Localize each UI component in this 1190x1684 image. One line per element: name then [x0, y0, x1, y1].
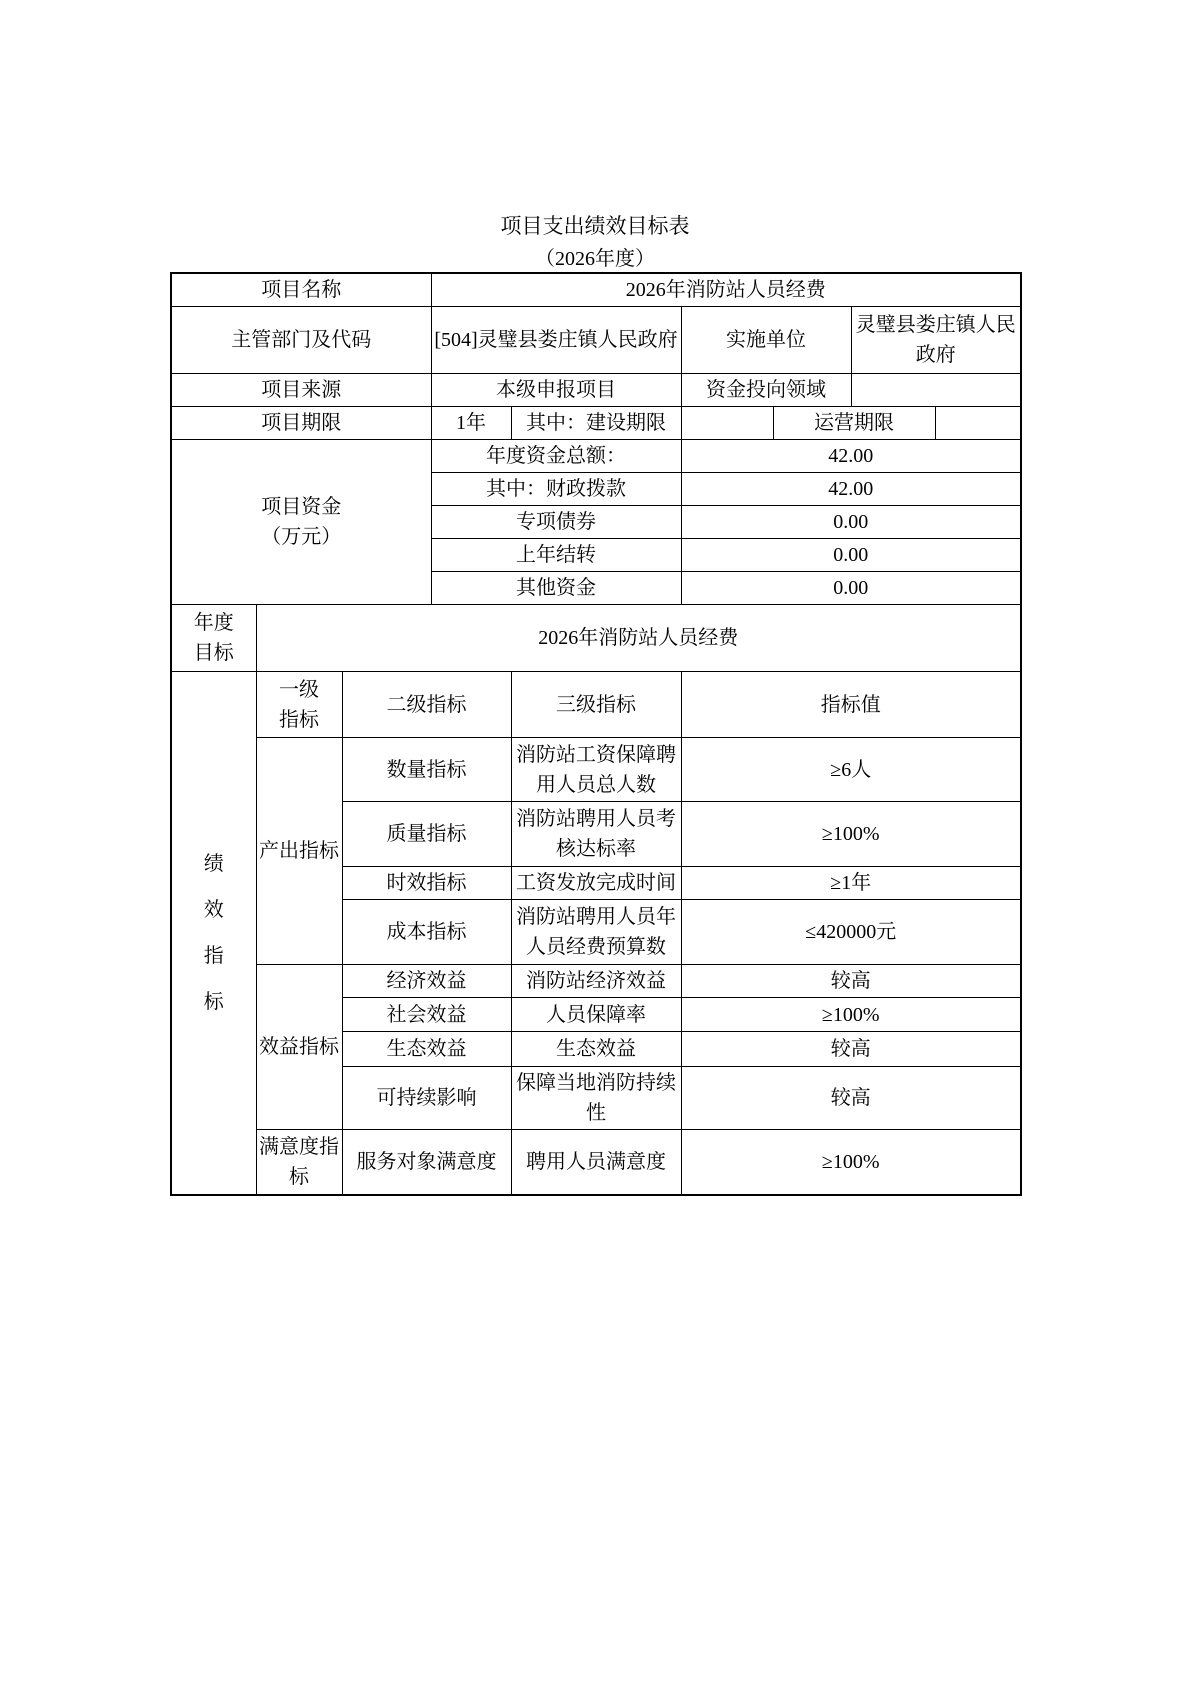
indicator-value-cell: ≥100% [681, 1130, 1021, 1195]
indicator-level3-cell: 消防站经济效益 [511, 965, 681, 998]
fund-row-value-cell: 42.00 [681, 440, 1021, 473]
project-period-value-cell: 1年 [431, 407, 511, 440]
indicator-level3-cell: 消防站聘用人员年人员经费预算数 [511, 900, 681, 965]
annual-goal-label-line2: 目标 [174, 638, 254, 668]
performance-section-char: 效 [174, 887, 254, 933]
header-level2-cell: 二级指标 [342, 672, 511, 738]
indicator-value-cell: ≥6人 [681, 738, 1021, 802]
operation-period-label-cell: 运营期限 [773, 407, 935, 440]
project-name-value-cell: 2026年消防站人员经费 [431, 273, 1021, 307]
indicator-value-cell: 较高 [681, 1032, 1021, 1067]
department-value-cell: [504]灵璧县娄庄镇人民政府 [431, 307, 681, 374]
construction-period-value-cell [681, 407, 773, 440]
indicator-level2-cell: 社会效益 [342, 998, 511, 1032]
indicator-level2-cell: 服务对象满意度 [342, 1130, 511, 1195]
header-level1-cell: 一级 指标 [256, 672, 342, 738]
operation-period-value-cell [935, 407, 1021, 440]
indicator-level3-cell: 消防站工资保障聘用人员总人数 [511, 738, 681, 802]
construction-period-label-cell: 其中：建设期限 [511, 407, 681, 440]
department-label-cell: 主管部门及代码 [171, 307, 431, 374]
indicator-level2-cell: 经济效益 [342, 965, 511, 998]
fund-row-name-cell: 其他资金 [431, 572, 681, 605]
indicator-level2-cell: 质量指标 [342, 802, 511, 867]
performance-section-char: 绩 [174, 841, 254, 887]
performance-section-label-cell: 绩 效 指 标 [171, 672, 256, 1195]
annual-goal-label-cell: 年度 目标 [171, 605, 256, 672]
document-page: 项目支出绩效目标表 （2026年度） 项目名称 2026年消防站人员经费 主管部… [0, 0, 1190, 1684]
funding-area-label-cell: 资金投向领域 [681, 374, 851, 407]
annual-goal-content-cell: 2026年消防站人员经费 [256, 605, 1021, 672]
performance-section-char: 标 [174, 979, 254, 1025]
indicator-level3-cell: 生态效益 [511, 1032, 681, 1067]
performance-section-char: 指 [174, 933, 254, 979]
project-period-label-cell: 项目期限 [171, 407, 431, 440]
indicator-level3-cell: 消防站聘用人员考核达标率 [511, 802, 681, 867]
fund-row-name-cell: 年度资金总额： [431, 440, 681, 473]
indicator-level2-cell: 时效指标 [342, 867, 511, 900]
implement-unit-label-cell: 实施单位 [681, 307, 851, 374]
document-title: 项目支出绩效目标表 [0, 213, 1190, 239]
fund-row-name-cell: 其中：财政拨款 [431, 473, 681, 506]
indicator-value-cell: ≥100% [681, 802, 1021, 867]
fund-row-value-cell: 0.00 [681, 539, 1021, 572]
indicator-value-cell: 较高 [681, 1067, 1021, 1130]
indicator-level3-cell: 工资发放完成时间 [511, 867, 681, 900]
indicator-value-cell: ≥100% [681, 998, 1021, 1032]
header-level1-line2: 指标 [259, 705, 340, 735]
fund-row-value-cell: 0.00 [681, 506, 1021, 539]
document-subtitle: （2026年度） [0, 247, 1190, 271]
indicator-level3-cell: 人员保障率 [511, 998, 681, 1032]
fund-row-name-cell: 专项债券 [431, 506, 681, 539]
performance-target-table: 项目名称 2026年消防站人员经费 主管部门及代码 [504]灵璧县娄庄镇人民政… [170, 272, 1022, 1196]
indicator-level3-cell: 聘用人员满意度 [511, 1130, 681, 1195]
indicator-level3-cell: 保障当地消防持续性 [511, 1067, 681, 1130]
project-source-label-cell: 项目来源 [171, 374, 431, 407]
annual-goal-label-line1: 年度 [174, 608, 254, 638]
project-name-label-cell: 项目名称 [171, 273, 431, 307]
group-name-cell: 产出指标 [256, 738, 342, 965]
indicator-value-cell: ≥1年 [681, 867, 1021, 900]
project-funds-label-line1: 项目资金 [174, 492, 429, 522]
project-source-value-cell: 本级申报项目 [431, 374, 681, 407]
fund-row-name-cell: 上年结转 [431, 539, 681, 572]
indicator-value-cell: 较高 [681, 965, 1021, 998]
indicator-level2-cell: 成本指标 [342, 900, 511, 965]
project-funds-label-line2: （万元） [174, 522, 429, 552]
indicator-value-cell: ≤420000元 [681, 900, 1021, 965]
indicator-level2-cell: 生态效益 [342, 1032, 511, 1067]
group-name-cell: 效益指标 [256, 965, 342, 1130]
fund-row-value-cell: 42.00 [681, 473, 1021, 506]
indicator-level2-cell: 数量指标 [342, 738, 511, 802]
funding-area-value-cell [851, 374, 1021, 407]
project-funds-label-cell: 项目资金 （万元） [171, 440, 431, 605]
implement-unit-value-cell: 灵璧县娄庄镇人民政府 [851, 307, 1021, 374]
fund-row-value-cell: 0.00 [681, 572, 1021, 605]
header-level1-line1: 一级 [259, 675, 340, 705]
header-level3-cell: 三级指标 [511, 672, 681, 738]
header-value-cell: 指标值 [681, 672, 1021, 738]
indicator-level2-cell: 可持续影响 [342, 1067, 511, 1130]
group-name-cell: 满意度指标 [256, 1130, 342, 1195]
